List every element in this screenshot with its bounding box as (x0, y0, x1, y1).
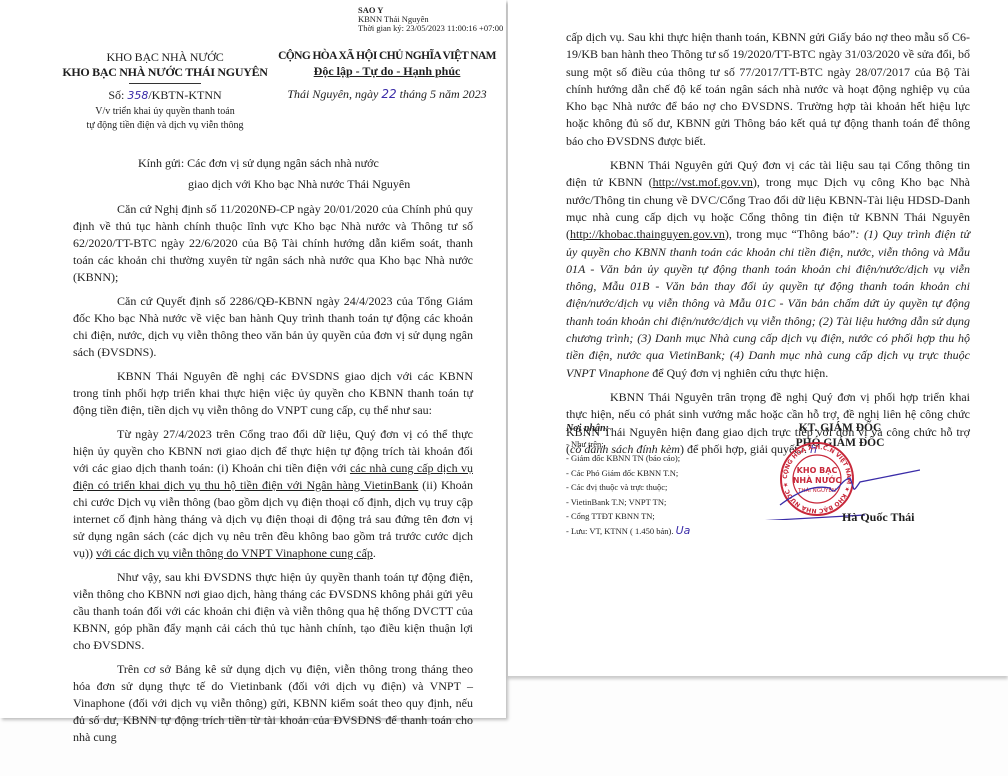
portal-link-thainguyen[interactable]: http://khobac.thainguyen.gov.vn (570, 227, 725, 241)
subject-line-2: tự động tiền điện và dịch vụ viễn thông (55, 119, 275, 133)
national-header: CỘNG HÒA XÃ HỘI CHỦ NGHĨA VIỆT NAM Độc l… (272, 50, 502, 102)
issuer-header: KHO BẠC NHÀ NƯỚC KHO BẠC NHÀ NƯỚC THÁI N… (55, 50, 275, 133)
org-name: KHO BẠC NHÀ NƯỚC THÁI NGUYÊN (55, 65, 275, 80)
text: . (373, 546, 376, 560)
distribution-item: - Các đvị thuộc và trực thuộc; (566, 480, 690, 495)
header-rule (129, 83, 201, 84)
subject-line-1: V/v triển khai ủy quyền thanh toán (55, 105, 275, 119)
page-1: SAO Y KBNN Thái Nguyên Thời gian ký: 23/… (0, 0, 506, 718)
org-parent: KHO BẠC NHÀ NƯỚC (55, 50, 275, 65)
document-date: Thái Nguyên, ngày 22 tháng 5 năm 2023 (272, 87, 502, 102)
body-page-1: Căn cứ Nghị định số 11/2020NĐ-CP ngày 20… (73, 201, 473, 753)
body-page-2: cấp dịch vụ. Sau khi thực hiện thanh toá… (566, 29, 970, 465)
distribution-item: - Cổng TTĐT KBNN TN; (566, 509, 690, 524)
document-number: Số: 358/KBTN-KTNN (55, 88, 275, 103)
text: ), trong mục “Thông báo” (725, 227, 856, 241)
signature-time: Thời gian ký: 23/05/2023 11:00:16 +07:00 (358, 24, 503, 33)
signer-role-1: KT. GIÁM ĐỐC (770, 421, 910, 436)
national-motto: Độc lập - Tự do - Hạnh phúc (272, 64, 502, 79)
distribution-item: - Các Phó Giám đốc KBNN T.N; (566, 466, 690, 481)
date-day-handwritten: 22 (381, 87, 396, 101)
distribution-item: - VietinBank T.N; VNPT TN; (566, 495, 690, 510)
paragraph: KBNN Thái Nguyên đề nghị các ĐVSDNS giao… (73, 368, 473, 419)
distribution-title: Nơi nhận: (566, 422, 690, 437)
document-list: : (1) Quy trình điện tử ủy quyền cho KBN… (566, 227, 970, 379)
portal-link-kbnn[interactable]: http://vst.mof.gov.vn (653, 175, 753, 189)
handwritten-initial: Ua (676, 524, 691, 537)
text: - Lưu: VT, KTNN ( 1.450 bản). (566, 526, 673, 536)
text: để Quý đơn vị nghiên cứu thực hiện. (649, 366, 828, 380)
signer-name: Hà Quốc Thái (842, 510, 914, 525)
digital-signature-box: SAO Y KBNN Thái Nguyên Thời gian ký: 23/… (358, 6, 503, 33)
distribution-item: - Lưu: VT, KTNN ( 1.450 bản). Ua (566, 524, 690, 539)
paragraph: Căn cứ Nghị định số 11/2020NĐ-CP ngày 20… (73, 201, 473, 286)
paragraph: Như vậy, sau khi ĐVSDNS thực hiện ủy quy… (73, 569, 473, 654)
paragraph: cấp dịch vụ. Sau khi thực hiện thanh toá… (566, 29, 970, 150)
addressee-line-2: giao dịch với Kho bạc Nhà nước Thái Nguy… (138, 174, 410, 195)
paragraph: Căn cứ Quyết định số 2286/QĐ-KBNN ngày 2… (73, 293, 473, 361)
date-suffix: tháng 5 năm 2023 (400, 87, 487, 101)
nation-title: CỘNG HÒA XÃ HỘI CHỦ NGHĨA VIỆT NAM (272, 50, 502, 62)
doc-no-handwritten: 358 (127, 89, 148, 102)
distribution-item: - Như trên; (566, 437, 690, 452)
underlined-text: với các dịch vụ viễn thông do VNPT Vinap… (96, 546, 373, 560)
date-prefix: Thái Nguyên, ngày (287, 87, 378, 101)
paragraph: Trên cơ sở Bảng kê sử dụng dịch vụ điện,… (73, 661, 473, 746)
addressee: Kính gửi: Các đơn vị sử dụng ngân sách n… (138, 153, 410, 195)
addressee-line-1: Kính gửi: Các đơn vị sử dụng ngân sách n… (138, 153, 410, 174)
distribution-list: Nơi nhận: - Như trên; - Giám đốc KBNN TN… (566, 422, 690, 538)
subject: V/v triển khai ủy quyền thanh toán tự độ… (55, 105, 275, 133)
doc-no-prefix: Số: (108, 88, 124, 102)
paragraph: KBNN Thái Nguyên gửi Quý đơn vị các tài … (566, 157, 970, 382)
paragraph: Từ ngày 27/4/2023 trên Cổng trao đổi dữ … (73, 426, 473, 562)
doc-no-suffix: /KBTN-KTNN (148, 88, 221, 102)
distribution-item: - Giám đốc KBNN TN (báo cáo); (566, 451, 690, 466)
